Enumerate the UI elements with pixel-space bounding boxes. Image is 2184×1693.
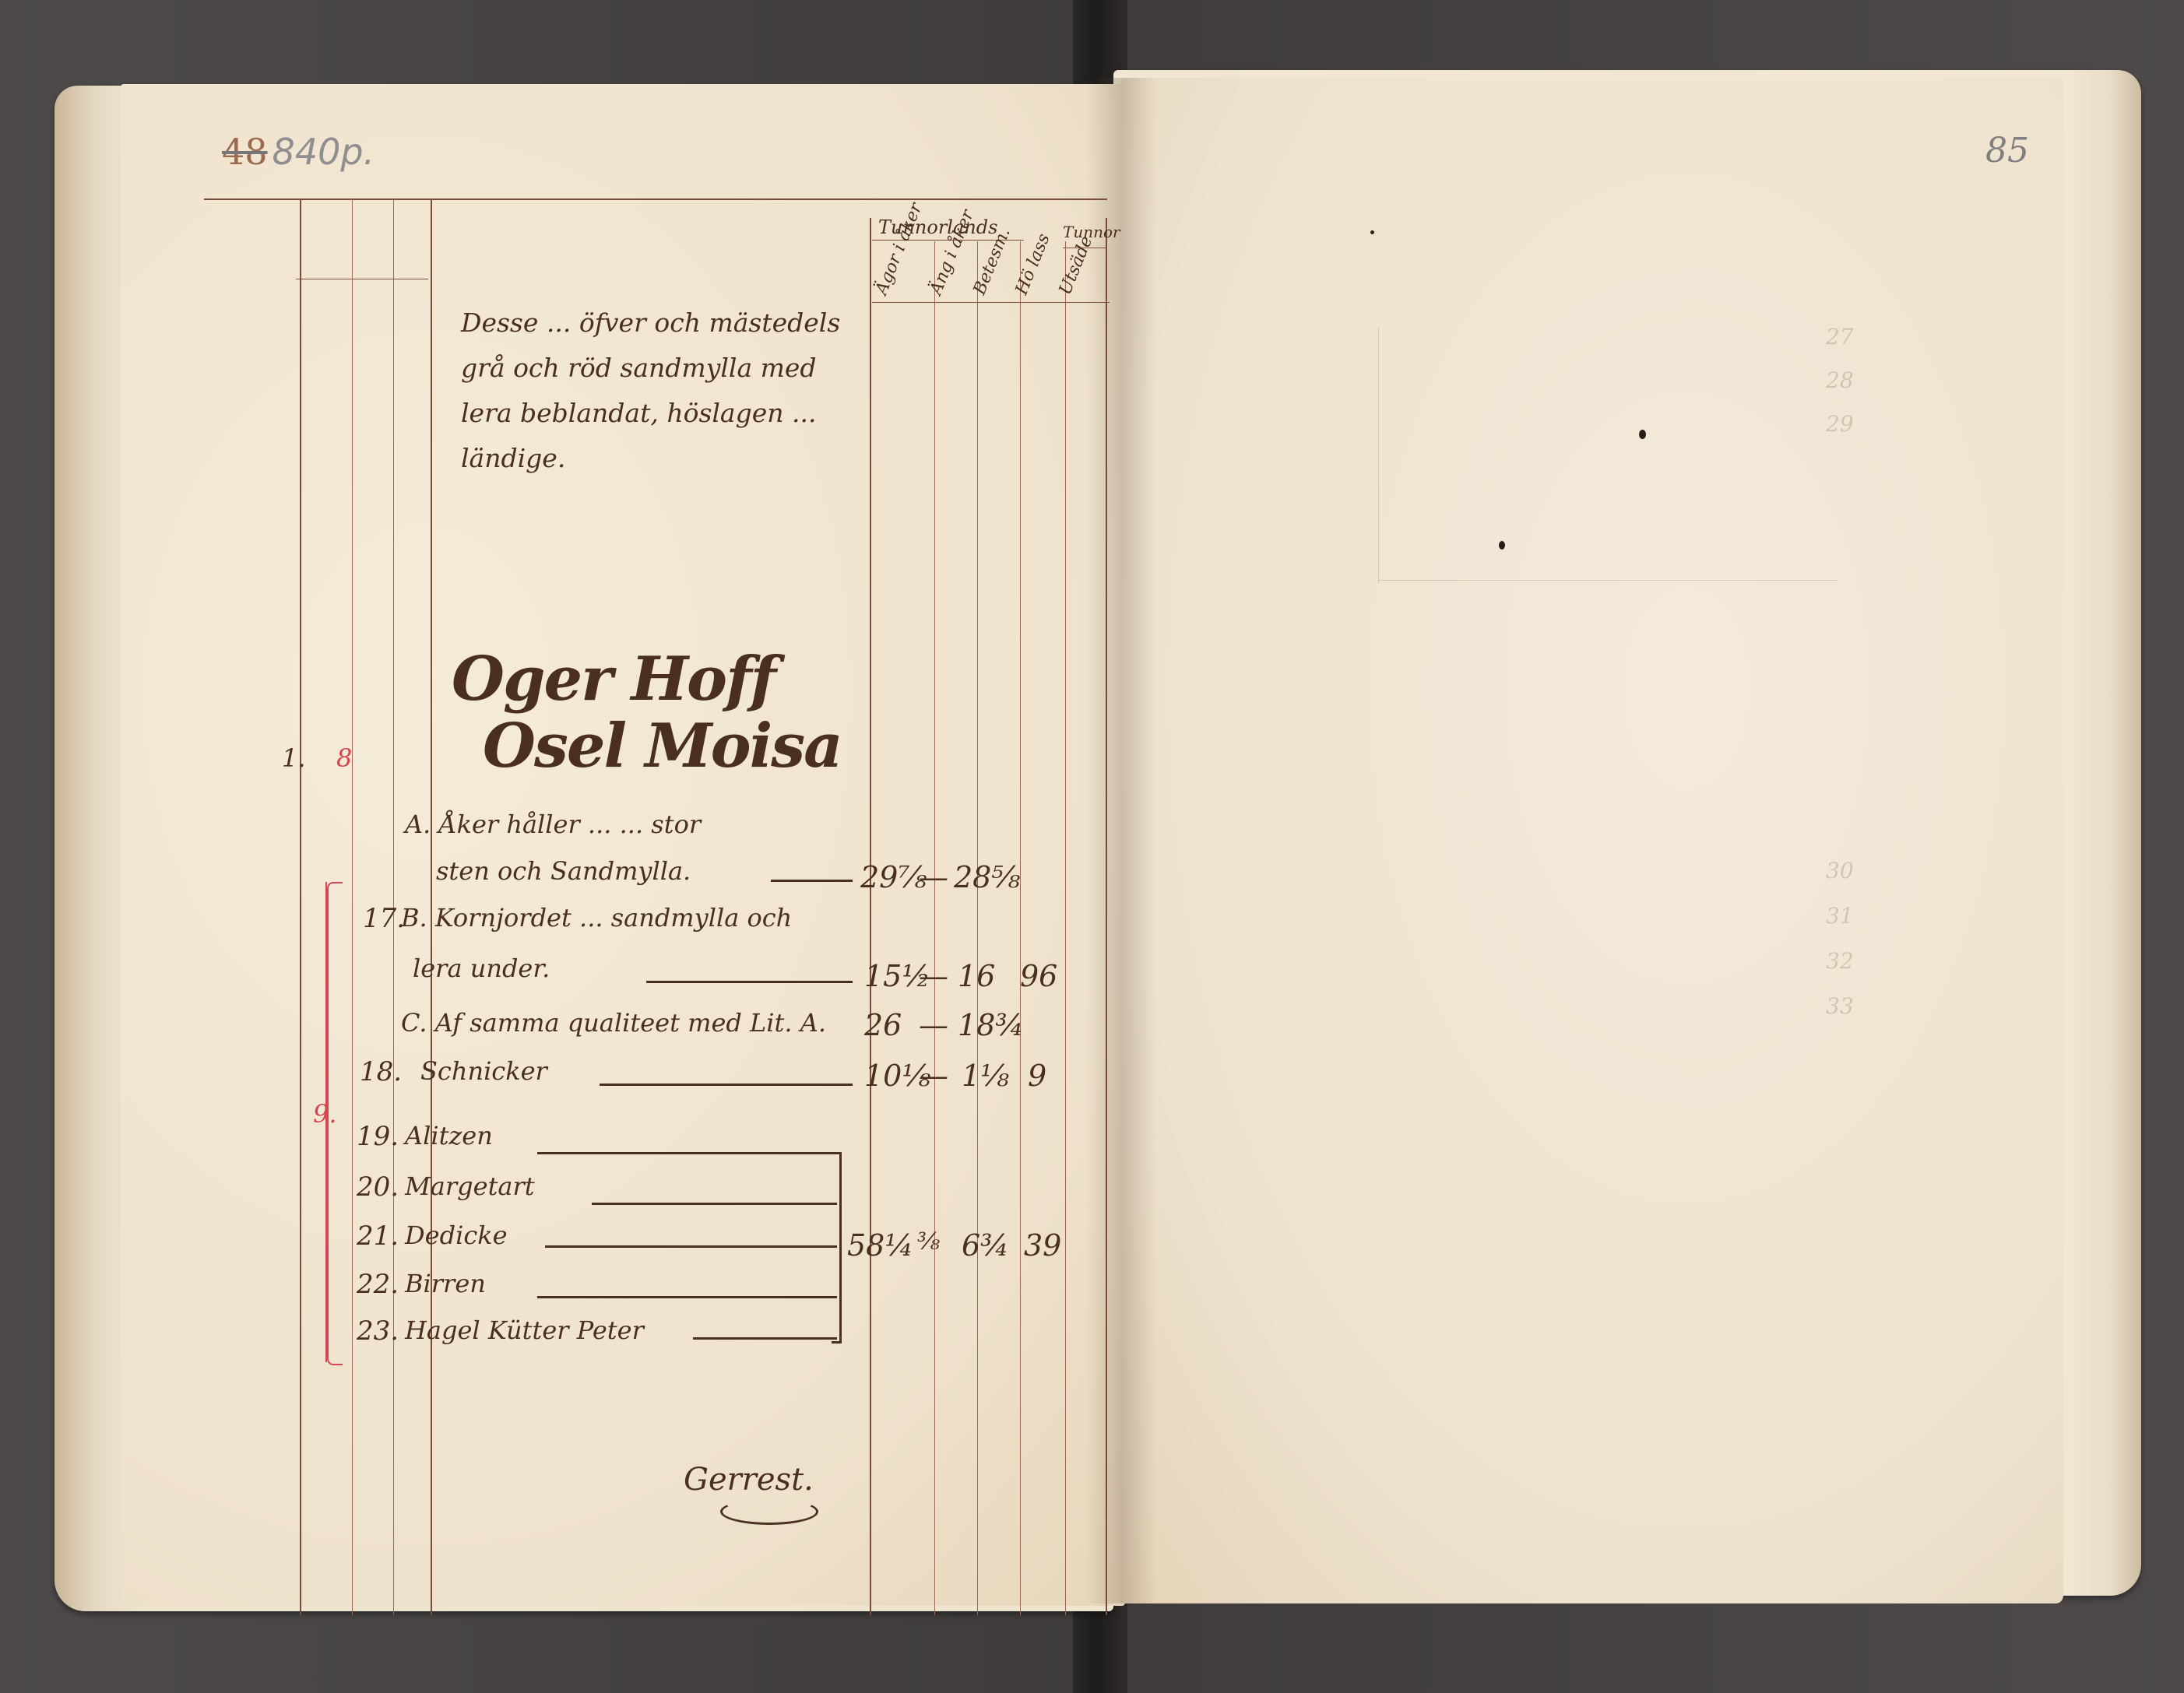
value-group-col2: ⅜ [917,1228,940,1256]
entry-23-text: Hagel Kütter Peter [405,1315,644,1345]
entry-18-text: Schnicker [420,1056,547,1086]
leader-line [771,880,853,882]
signature: Gerrest. [684,1462,814,1498]
entry-22-text: Birren [405,1269,486,1298]
bleed-number: 33 [1826,984,1854,1029]
bleed-rule [1378,327,1379,584]
estate-heading: Oger Hoff Osel Moisa [452,646,842,780]
value-col-rule-5 [1065,241,1066,1615]
margin-number: 1. [282,743,306,773]
value-col-rule-6 [1106,218,1107,1615]
entry-b-line-2: lera under. [413,954,550,983]
value-a-col1: 29⅞ [860,860,927,894]
entry-number: 17. [363,903,405,934]
value-18-col4: 9 [1028,1059,1046,1093]
bleed-number: 30 [1826,848,1854,894]
red-margin-bracket [327,882,343,1365]
entry-b-line-1: B. Kornjordet ... sandmylla och [401,903,792,933]
value-col-rule-1 [870,218,871,1615]
leader-line [600,1084,853,1086]
ink-spot [1639,430,1646,439]
entry-number: 22. [357,1269,399,1300]
entry-number: 23. [357,1315,399,1347]
leader-line [537,1296,837,1298]
value-c-col2: — [919,1008,948,1042]
leader-line [537,1152,837,1154]
red-vertical-rule [325,882,327,1362]
intro-paragraph: Desse ... öfver och mästedels grå och rö… [461,300,866,481]
margin-rule-1 [300,198,301,1615]
entry-number: 19. [357,1121,399,1152]
ink-spot [1499,541,1505,550]
value-col-rule-3 [977,241,978,1615]
right-page [1121,78,2063,1603]
bleed-rule [1378,580,1838,581]
leader-line [545,1245,837,1248]
bleed-number: 32 [1826,939,1854,984]
margin-header-rule [296,279,428,279]
folio-number-right: 85 [1985,131,2029,170]
header-bottom-rule [872,302,1110,303]
bleed-through-numbers-lower: 30 31 32 33 [1826,848,1854,1029]
margin-rule-2 [352,198,353,1615]
bleed-number: 29 [1826,402,1854,446]
leader-line [646,981,853,983]
entry-20-text: Margetart [405,1171,535,1201]
leader-line [592,1203,837,1205]
entry-number: 21. [357,1221,399,1252]
heading-line-1: Oger Hoff [452,644,775,715]
value-group-col4: 39 [1024,1228,1061,1263]
entry-number: 18. [360,1056,402,1087]
struck-folio: 48 [222,131,268,173]
heading-line-2: Osel Moisa [452,713,842,780]
value-group-col3: 6¾ [962,1228,1009,1263]
pencil-folio: 840p. [273,131,375,173]
folio-number-left: 48840p. [222,131,375,173]
grouping-bracket [832,1152,842,1344]
bleed-number: 27 [1826,315,1854,359]
leader-line [693,1337,837,1340]
intro-line: grå och röd sandmylla med [461,346,866,391]
value-a-col2: — [919,860,948,894]
value-b-col4: 96 [1020,959,1057,993]
value-18-col2: — [919,1059,948,1093]
value-group-col1: 58¼ [847,1228,913,1263]
top-rule [204,198,1107,200]
value-c-col1: 26 [864,1008,902,1042]
intro-line: Desse ... öfver och mästedels [461,300,866,346]
bleed-through-numbers: 27 28 29 [1826,315,1854,446]
ink-spot [1370,230,1374,234]
entry-a-line-2: sten och Sandmylla. [436,856,691,886]
intro-line: ländige. [461,436,866,481]
entry-c-line-1: C. Af samma qualiteet med Lit. A. [401,1008,826,1038]
bleed-number: 28 [1826,359,1854,402]
value-c-col3: 18¾ [958,1008,1024,1042]
bleed-number: 31 [1826,894,1854,939]
entry-19-text: Alitzen [405,1121,493,1150]
entry-number: 20. [357,1171,399,1203]
value-18-col3: 1⅛ [962,1059,1009,1093]
intro-line: lera beblandat, höslagen ... [461,391,866,436]
value-a-col3: 28⅝ [954,860,1020,894]
entry-21-text: Dedicke [405,1221,508,1250]
gutter-shadow [1086,78,1156,1603]
signature-flourish [720,1498,818,1525]
entry-a-line-1: A. Åker håller ... ... stor [405,810,701,839]
value-b-col2: — [919,959,948,993]
value-col-rule-2 [934,241,935,1615]
value-b-col3: 16 [958,959,995,993]
value-col-rule-4 [1020,241,1021,1615]
red-margin-number: 8 [336,743,352,773]
